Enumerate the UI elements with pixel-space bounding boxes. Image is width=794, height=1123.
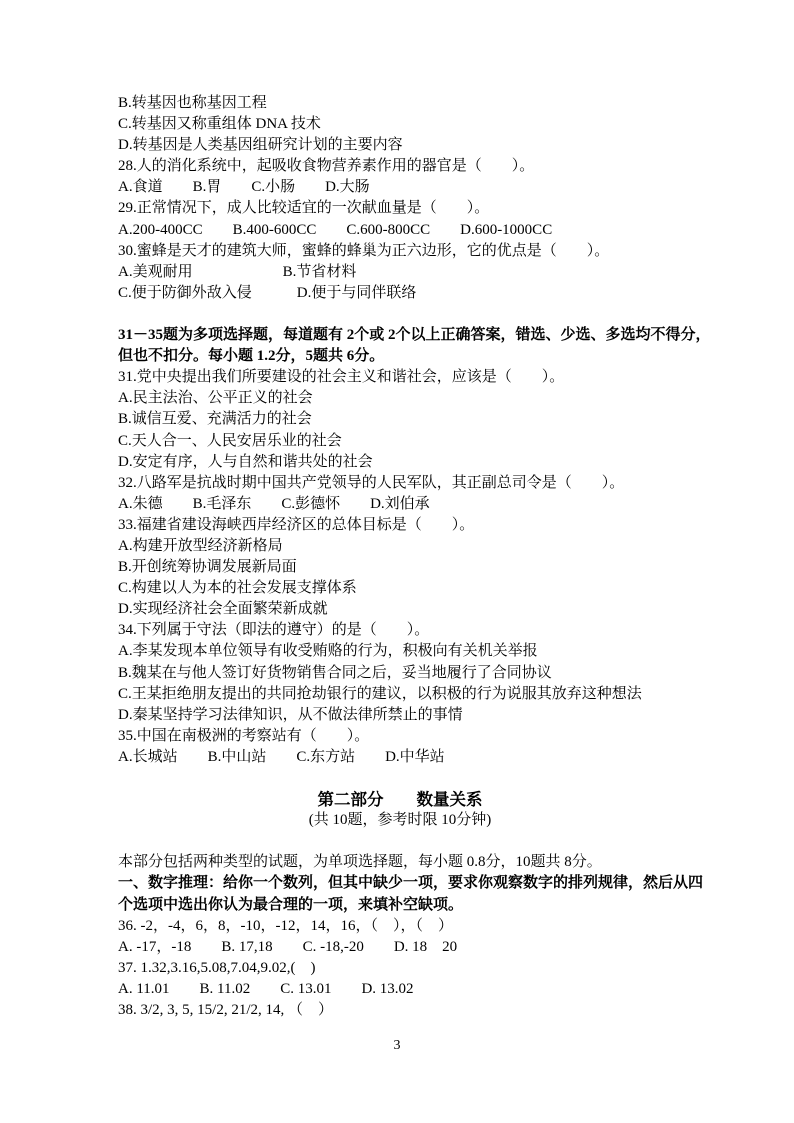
document-line: C.构建以人为本的社会发展支撑体系 — [118, 578, 682, 599]
document-line: B.开创统筹协调发展新局面 — [118, 557, 682, 578]
document-line: 36. -2，-4，6，8，-10，-12，14，16，（ ），（ ） — [118, 916, 682, 937]
document-line: 32.八路军是抗战时期中国共产党领导的人民军队，其正副总司令是（ ）。 — [118, 473, 682, 494]
document-line: D.转基因是人类基因组研究计划的主要内容 — [118, 135, 682, 156]
document-line: A. 11.01 B. 11.02 C. 13.01 D. 13.02 — [118, 979, 682, 1000]
document-line: D.秦某坚持学习法律知识，从不做法律所禁止的事情 — [118, 705, 682, 726]
document-line: A.民主法治、公平正义的社会 — [118, 388, 682, 409]
document-line — [118, 768, 682, 789]
document-line: 37. 1.32,3.16,5.08,7.04,9.02,( ) — [118, 958, 682, 979]
document-line — [118, 831, 682, 852]
document-line: A.200-400CC B.400-600CC C.600-800CC D.60… — [118, 220, 682, 241]
document-line: 一、数字推理：给你一个数列，但其中缺少一项，要求你观察数字的排列规律，然后从四 — [118, 873, 682, 894]
document-line: D.实现经济社会全面繁荣新成就 — [118, 599, 682, 620]
document-line: A.李某发现本单位领导有收受贿赂的行为，积极向有关机关举报 — [118, 641, 682, 662]
document-line: 28.人的消化系统中，起吸收食物营养素作用的器官是（ ）。 — [118, 156, 682, 177]
document-line: C.王某拒绝朋友提出的共同抢劫银行的建议，以积极的行为说服其放弃这种想法 — [118, 684, 682, 705]
document-line: 第二部分 数量关系 — [118, 789, 682, 810]
document-line: C.便于防御外敌入侵 D.便于与同伴联络 — [118, 283, 682, 304]
document-line: A.长城站 B.中山站 C.东方站 D.中华站 — [118, 747, 682, 768]
document-line: 34.下列属于守法（即法的遵守）的是（ ）。 — [118, 620, 682, 641]
document-line: 本部分包括两种类型的试题，为单项选择题，每小题 0.8分，10题共 8分。 — [118, 852, 682, 873]
document-line: A.构建开放型经济新格局 — [118, 536, 682, 557]
document-line: 29.正常情况下，成人比较适宜的一次献血量是（ ）。 — [118, 198, 682, 219]
document-line: C.转基因又称重组体 DNA 技术 — [118, 114, 682, 135]
document-line: 33.福建省建设海峡西岸经济区的总体目标是（ ）。 — [118, 515, 682, 536]
document-line: D.安定有序，人与自然和谐共处的社会 — [118, 452, 682, 473]
document-line: 38. 3/2, 3, 5, 15/2, 21/2, 14, （ ） — [118, 1000, 682, 1021]
document-line: 30.蜜蜂是天才的建筑大师，蜜蜂的蜂巢为正六边形，它的优点是（ ）。 — [118, 241, 682, 262]
document-line: A.朱德 B.毛泽东 C.彭德怀 D.刘伯承 — [118, 494, 682, 515]
exam-document-page: B.转基因也称基因工程C.转基因又称重组体 DNA 技术D.转基因是人类基因组研… — [0, 0, 794, 1123]
document-line — [118, 304, 682, 325]
document-line: B.诚信互爱、充满活力的社会 — [118, 409, 682, 430]
document-line: 31－35题为多项选择题，每道题有 2个或 2个以上正确答案，错选、少选、多选均… — [118, 325, 682, 346]
document-line: 个选项中选出你认为最合理的一项，来填补空缺项。 — [118, 895, 682, 916]
document-line: 但也不扣分。每小题 1.2分，5题共 6分。 — [118, 346, 682, 367]
document-line: 31.党中央提出我们所要建设的社会主义和谐社会，应该是（ ）。 — [118, 367, 682, 388]
document-body: B.转基因也称基因工程C.转基因又称重组体 DNA 技术D.转基因是人类基因组研… — [118, 93, 682, 1021]
document-line: C.天人合一、人民安居乐业的社会 — [118, 431, 682, 452]
document-line: A. -17，-18 B. 17,18 C. -18,-20 D. 18 20 — [118, 937, 682, 958]
document-line: B.魏某在与他人签订好货物销售合同之后，妥当地履行了合同协议 — [118, 663, 682, 684]
page-number: 3 — [0, 1038, 794, 1054]
document-line: (共 10题，参考时限 10分钟) — [118, 810, 682, 831]
document-line: A.美观耐用 B.节省材料 — [118, 262, 682, 283]
document-line: B.转基因也称基因工程 — [118, 93, 682, 114]
document-line: 35.中国在南极洲的考察站有（ ）。 — [118, 726, 682, 747]
document-line: A.食道 B.胃 C.小肠 D.大肠 — [118, 177, 682, 198]
